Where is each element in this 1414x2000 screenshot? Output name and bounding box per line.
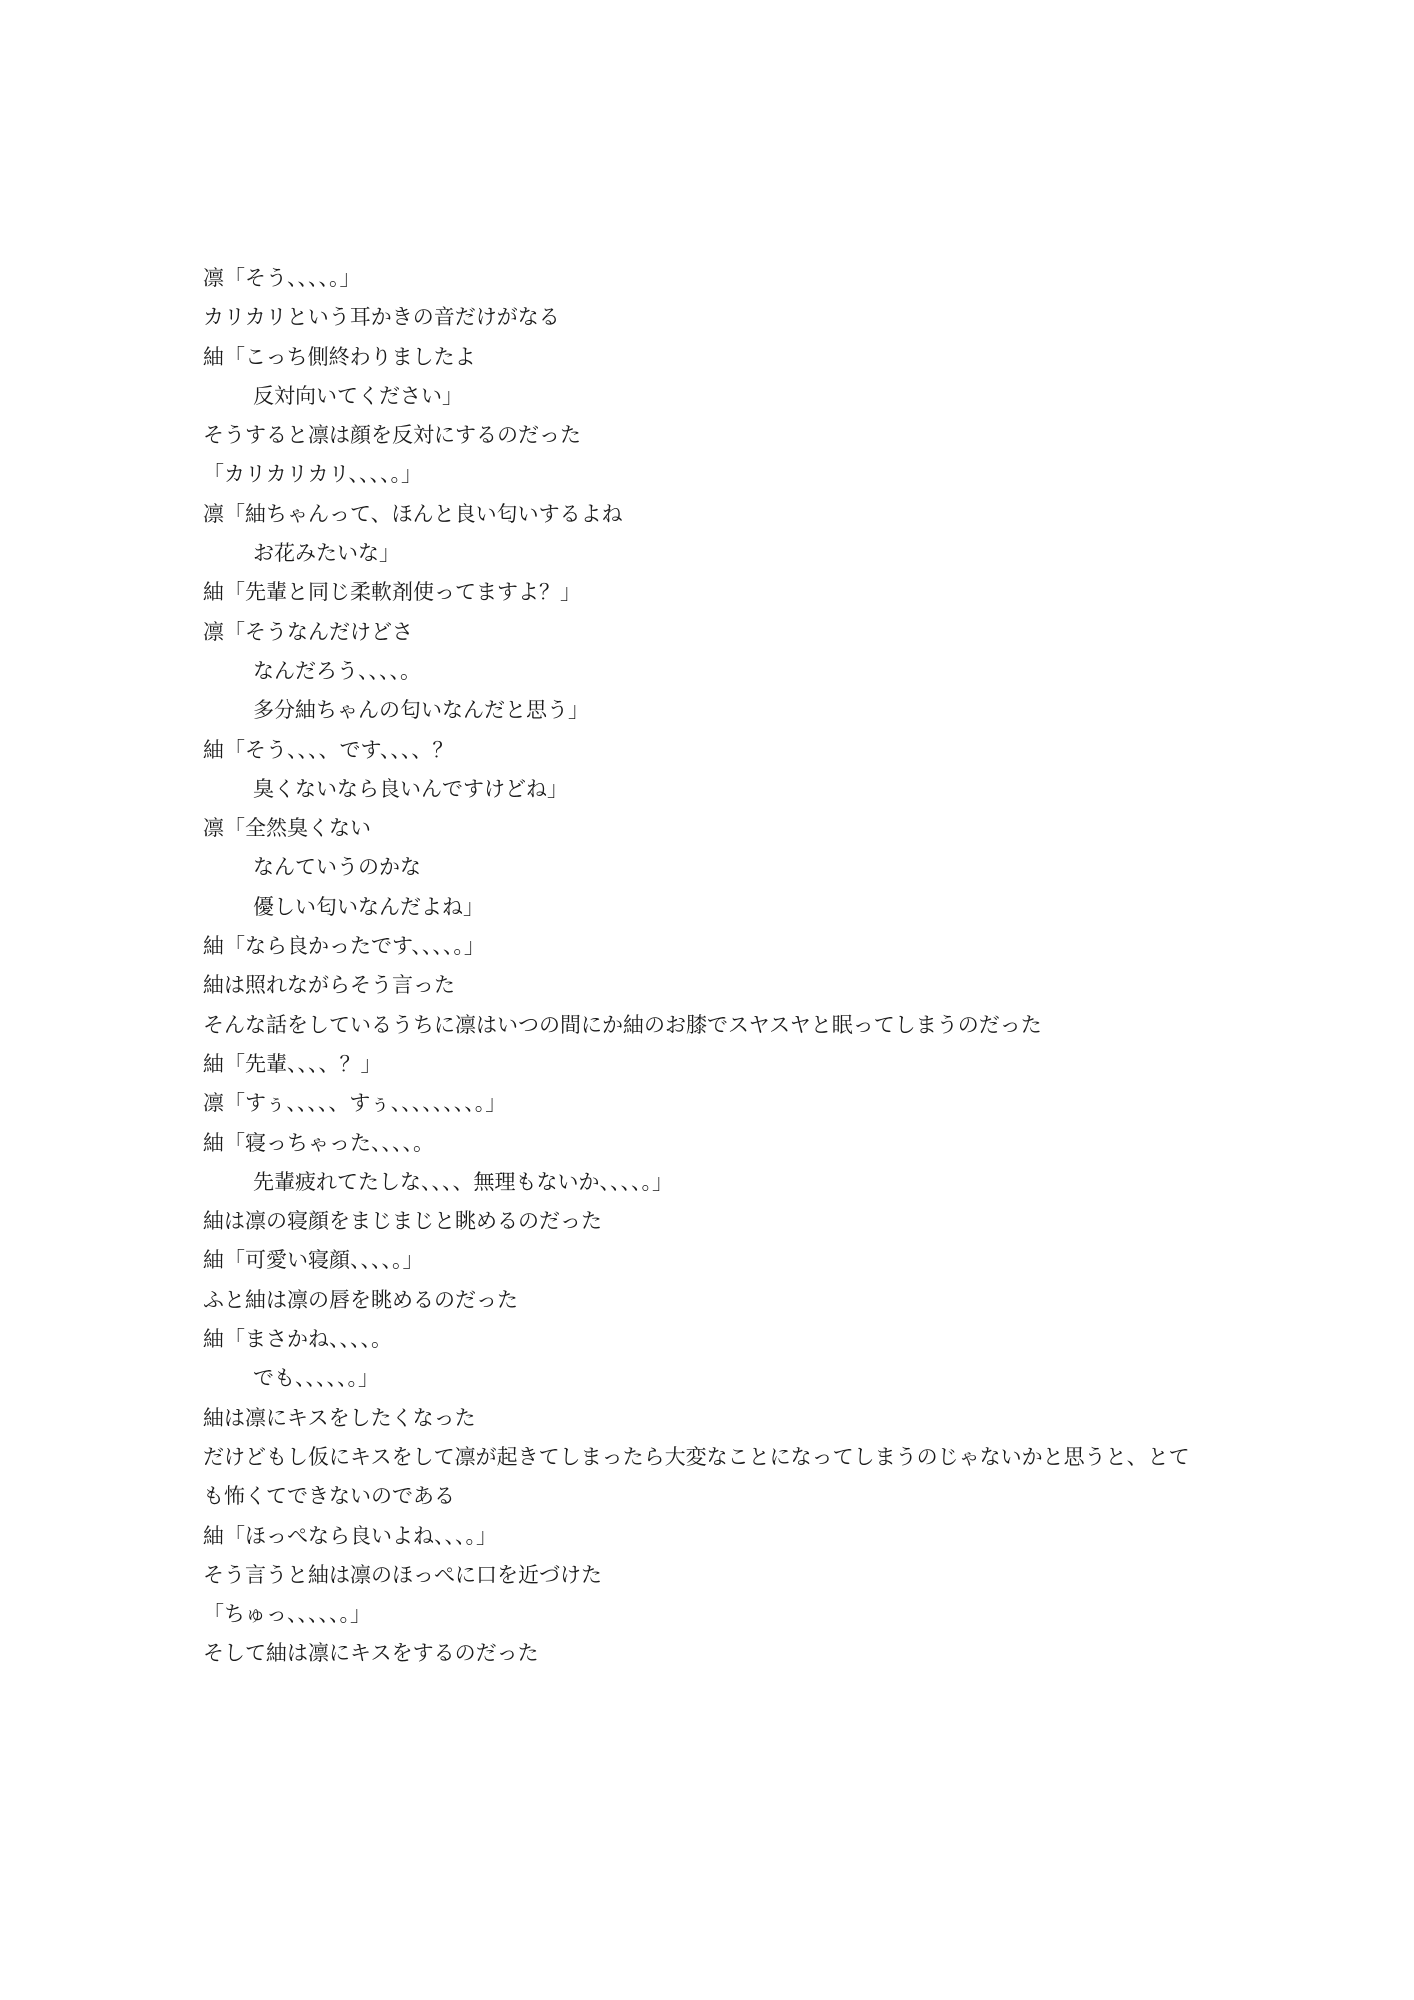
- text-line-indented: なんていうのかな: [203, 848, 1223, 887]
- text-line: 凛「そう、、、、。」: [203, 259, 1223, 298]
- text-line-indented: なんだろう、、、、。: [203, 652, 1223, 691]
- text-line: 紬「なら良かったです、、、、。」: [203, 927, 1223, 966]
- text-line: そして紬は凛にキスをするのだった: [203, 1634, 1223, 1673]
- text-line: そう言うと紬は凛のほっぺに口を近づけた: [203, 1556, 1223, 1595]
- text-line: 紬「可愛い寝顔、、、、。」: [203, 1241, 1223, 1280]
- text-line-indented: 優しい匂いなんだよね」: [203, 888, 1223, 927]
- text-line: 紬「先輩、、、、？」: [203, 1045, 1223, 1084]
- text-line-indented: 先輩疲れてたしな、、、、無理もないか、、、、。」: [203, 1163, 1223, 1202]
- text-line: そんな話をしているうちに凛はいつの間にか紬のお膝でスヤスヤと眠ってしまうのだった: [203, 1006, 1223, 1045]
- text-line: 紬は凛にキスをしたくなった: [203, 1399, 1223, 1438]
- text-line-indented: 臭くないなら良いんですけどね」: [203, 770, 1223, 809]
- text-line: 凛「紬ちゃんって、ほんと良い匂いするよね: [203, 495, 1223, 534]
- text-line: 紬「先輩と同じ柔軟剤使ってますよ？」: [203, 573, 1223, 612]
- text-line: 凛「全然臭くない: [203, 809, 1223, 848]
- text-line: カリカリという耳かきの音だけがなる: [203, 298, 1223, 337]
- text-line: だけどもし仮にキスをして凛が起きてしまったら大変なことになってしまうのじゃないか…: [203, 1438, 1223, 1477]
- text-line: 紬「まさかね、、、、。: [203, 1320, 1223, 1359]
- text-line: 紬「そう、、、、です、、、、？: [203, 731, 1223, 770]
- text-line: 紬「寝っちゃった、、、、。: [203, 1124, 1223, 1163]
- text-line-indented: 反対向いてください」: [203, 377, 1223, 416]
- text-line-indented: お花みたいな」: [203, 534, 1223, 573]
- text-line: 紬「こっち側終わりましたよ: [203, 338, 1223, 377]
- text-line: 「カリカリカリ、、、、。」: [203, 455, 1223, 494]
- text-line: ふと紬は凛の唇を眺めるのだった: [203, 1281, 1223, 1320]
- text-line: 凛「すぅ、、、、、すぅ、、、、、、、、。」: [203, 1084, 1223, 1123]
- text-line: そうすると凛は顔を反対にするのだった: [203, 416, 1223, 455]
- text-line-indented: でも、、、、、。」: [203, 1359, 1223, 1398]
- text-line: 「ちゅっ、、、、、。」: [203, 1595, 1223, 1634]
- story-text-block: 凛「そう、、、、。」 カリカリという耳かきの音だけがなる 紬「こっち側終わりまし…: [203, 259, 1223, 1674]
- text-line: 紬「ほっぺなら良いよね、、、。」: [203, 1517, 1223, 1556]
- text-line: 凛「そうなんだけどさ: [203, 613, 1223, 652]
- document-page: 凛「そう、、、、。」 カリカリという耳かきの音だけがなる 紬「こっち側終わりまし…: [0, 0, 1414, 2000]
- text-line: 紬は凛の寝顔をまじまじと眺めるのだった: [203, 1202, 1223, 1241]
- text-line: 紬は照れながらそう言った: [203, 966, 1223, 1005]
- text-line: も怖くてできないのである: [203, 1477, 1223, 1516]
- text-line-indented: 多分紬ちゃんの匂いなんだと思う」: [203, 691, 1223, 730]
